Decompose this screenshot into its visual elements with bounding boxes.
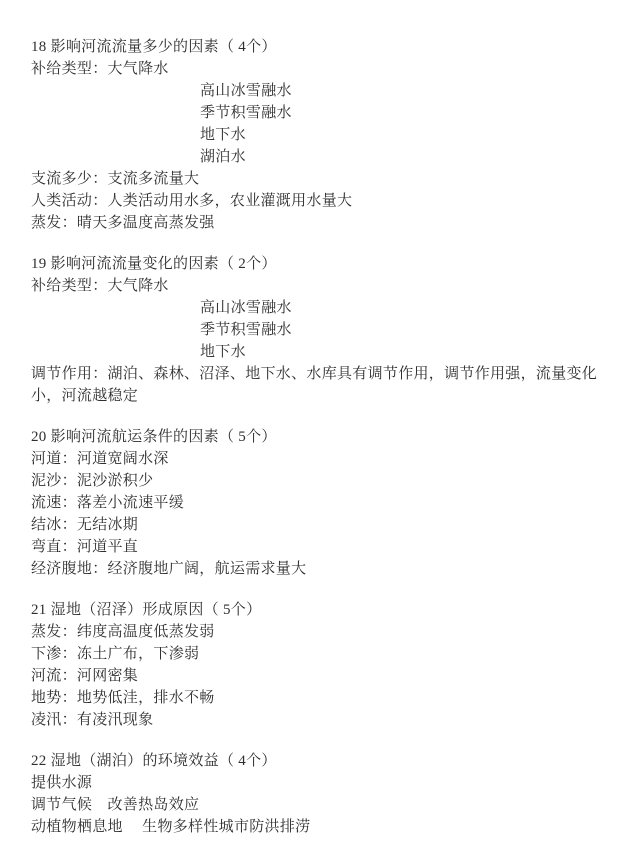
section-18: 18 影响河流流量多少的因素（ 4个） 补给类型：大气降水 高山冰雪融水 季节积… (31, 36, 617, 234)
section-22-heading: 22 湿地（湖泊）的环境效益（ 4个） (31, 750, 617, 772)
note-line-tributaries: 支流多少：支流多流量大 (31, 168, 617, 190)
note-line-seasonal-snowmelt: 季节积雪融水 (31, 102, 617, 124)
note-line-sediment: 泥沙：泥沙淤积少 (31, 470, 617, 492)
note-line-seasonal-snowmelt: 季节积雪融水 (31, 319, 617, 341)
note-line-infiltration: 下渗：冻土广布，下渗弱 (31, 643, 617, 665)
note-line-habitat-biodiversity: 动植物栖息地 生物多样性城市防洪排涝 (31, 816, 617, 838)
section-20-heading: 20 影响河流航运条件的因素（ 5个） (31, 426, 617, 448)
section-21: 21 湿地（沼泽）形成原因（ 5个） 蒸发：纬度高温度低蒸发弱 下渗：冻土广布，… (31, 599, 617, 731)
note-line-evaporation: 蒸发：纬度高温度低蒸发弱 (31, 621, 617, 643)
section-18-heading: 18 影响河流流量多少的因素（ 4个） (31, 36, 617, 58)
note-line-climate-regulation: 调节气候 改善热岛效应 (31, 794, 617, 816)
note-line-evaporation: 蒸发：晴天多温度高蒸发强 (31, 212, 617, 234)
note-line-flow-speed: 流速：落差小流速平缓 (31, 492, 617, 514)
section-22: 22 湿地（湖泊）的环境效益（ 4个） 提供水源 调节气候 改善热岛效应 动植物… (31, 750, 617, 838)
note-line-freezing: 结冰：无结冰期 (31, 514, 617, 536)
note-line-channel: 河道：河道宽阔水深 (31, 448, 617, 470)
note-line-groundwater: 地下水 (31, 124, 617, 146)
note-line-terrain: 地势：地势低洼，排水不畅 (31, 687, 617, 709)
document-page: 18 影响河流流量多少的因素（ 4个） 补给类型：大气降水 高山冰雪融水 季节积… (0, 0, 643, 854)
note-line-supply-type: 补给类型：大气降水 (31, 275, 617, 297)
note-line-hinterland: 经济腹地：经济腹地广阔，航运需求量大 (31, 558, 617, 580)
section-19-heading: 19 影响河流流量变化的因素（ 2个） (31, 253, 617, 275)
note-line-glacier-melt: 高山冰雪融水 (31, 297, 617, 319)
section-19: 19 影响河流流量变化的因素（ 2个） 补给类型：大气降水 高山冰雪融水 季节积… (31, 253, 617, 407)
note-line-water-supply: 提供水源 (31, 772, 617, 794)
note-line-groundwater: 地下水 (31, 341, 617, 363)
note-line-regulation-cont: 小，河流越稳定 (31, 385, 617, 407)
note-line-lake-water: 湖泊水 (31, 146, 617, 168)
note-line-straightness: 弯直：河道平直 (31, 536, 617, 558)
note-line-river-network: 河流：河网密集 (31, 665, 617, 687)
section-20: 20 影响河流航运条件的因素（ 5个） 河道：河道宽阔水深 泥沙：泥沙淤积少 流… (31, 426, 617, 580)
note-line-regulation: 调节作用：湖泊、森林、沼泽、地下水、水库具有调节作用，调节作用强，流量变化 (31, 363, 617, 385)
section-21-heading: 21 湿地（沼泽）形成原因（ 5个） (31, 599, 617, 621)
note-line-supply-type: 补给类型：大气降水 (31, 58, 617, 80)
note-line-glacier-melt: 高山冰雪融水 (31, 80, 617, 102)
note-line-human-activity: 人类活动：人类活动用水多，农业灌溉用水量大 (31, 190, 617, 212)
note-line-ice-flood: 凌汛：有凌汛现象 (31, 709, 617, 731)
